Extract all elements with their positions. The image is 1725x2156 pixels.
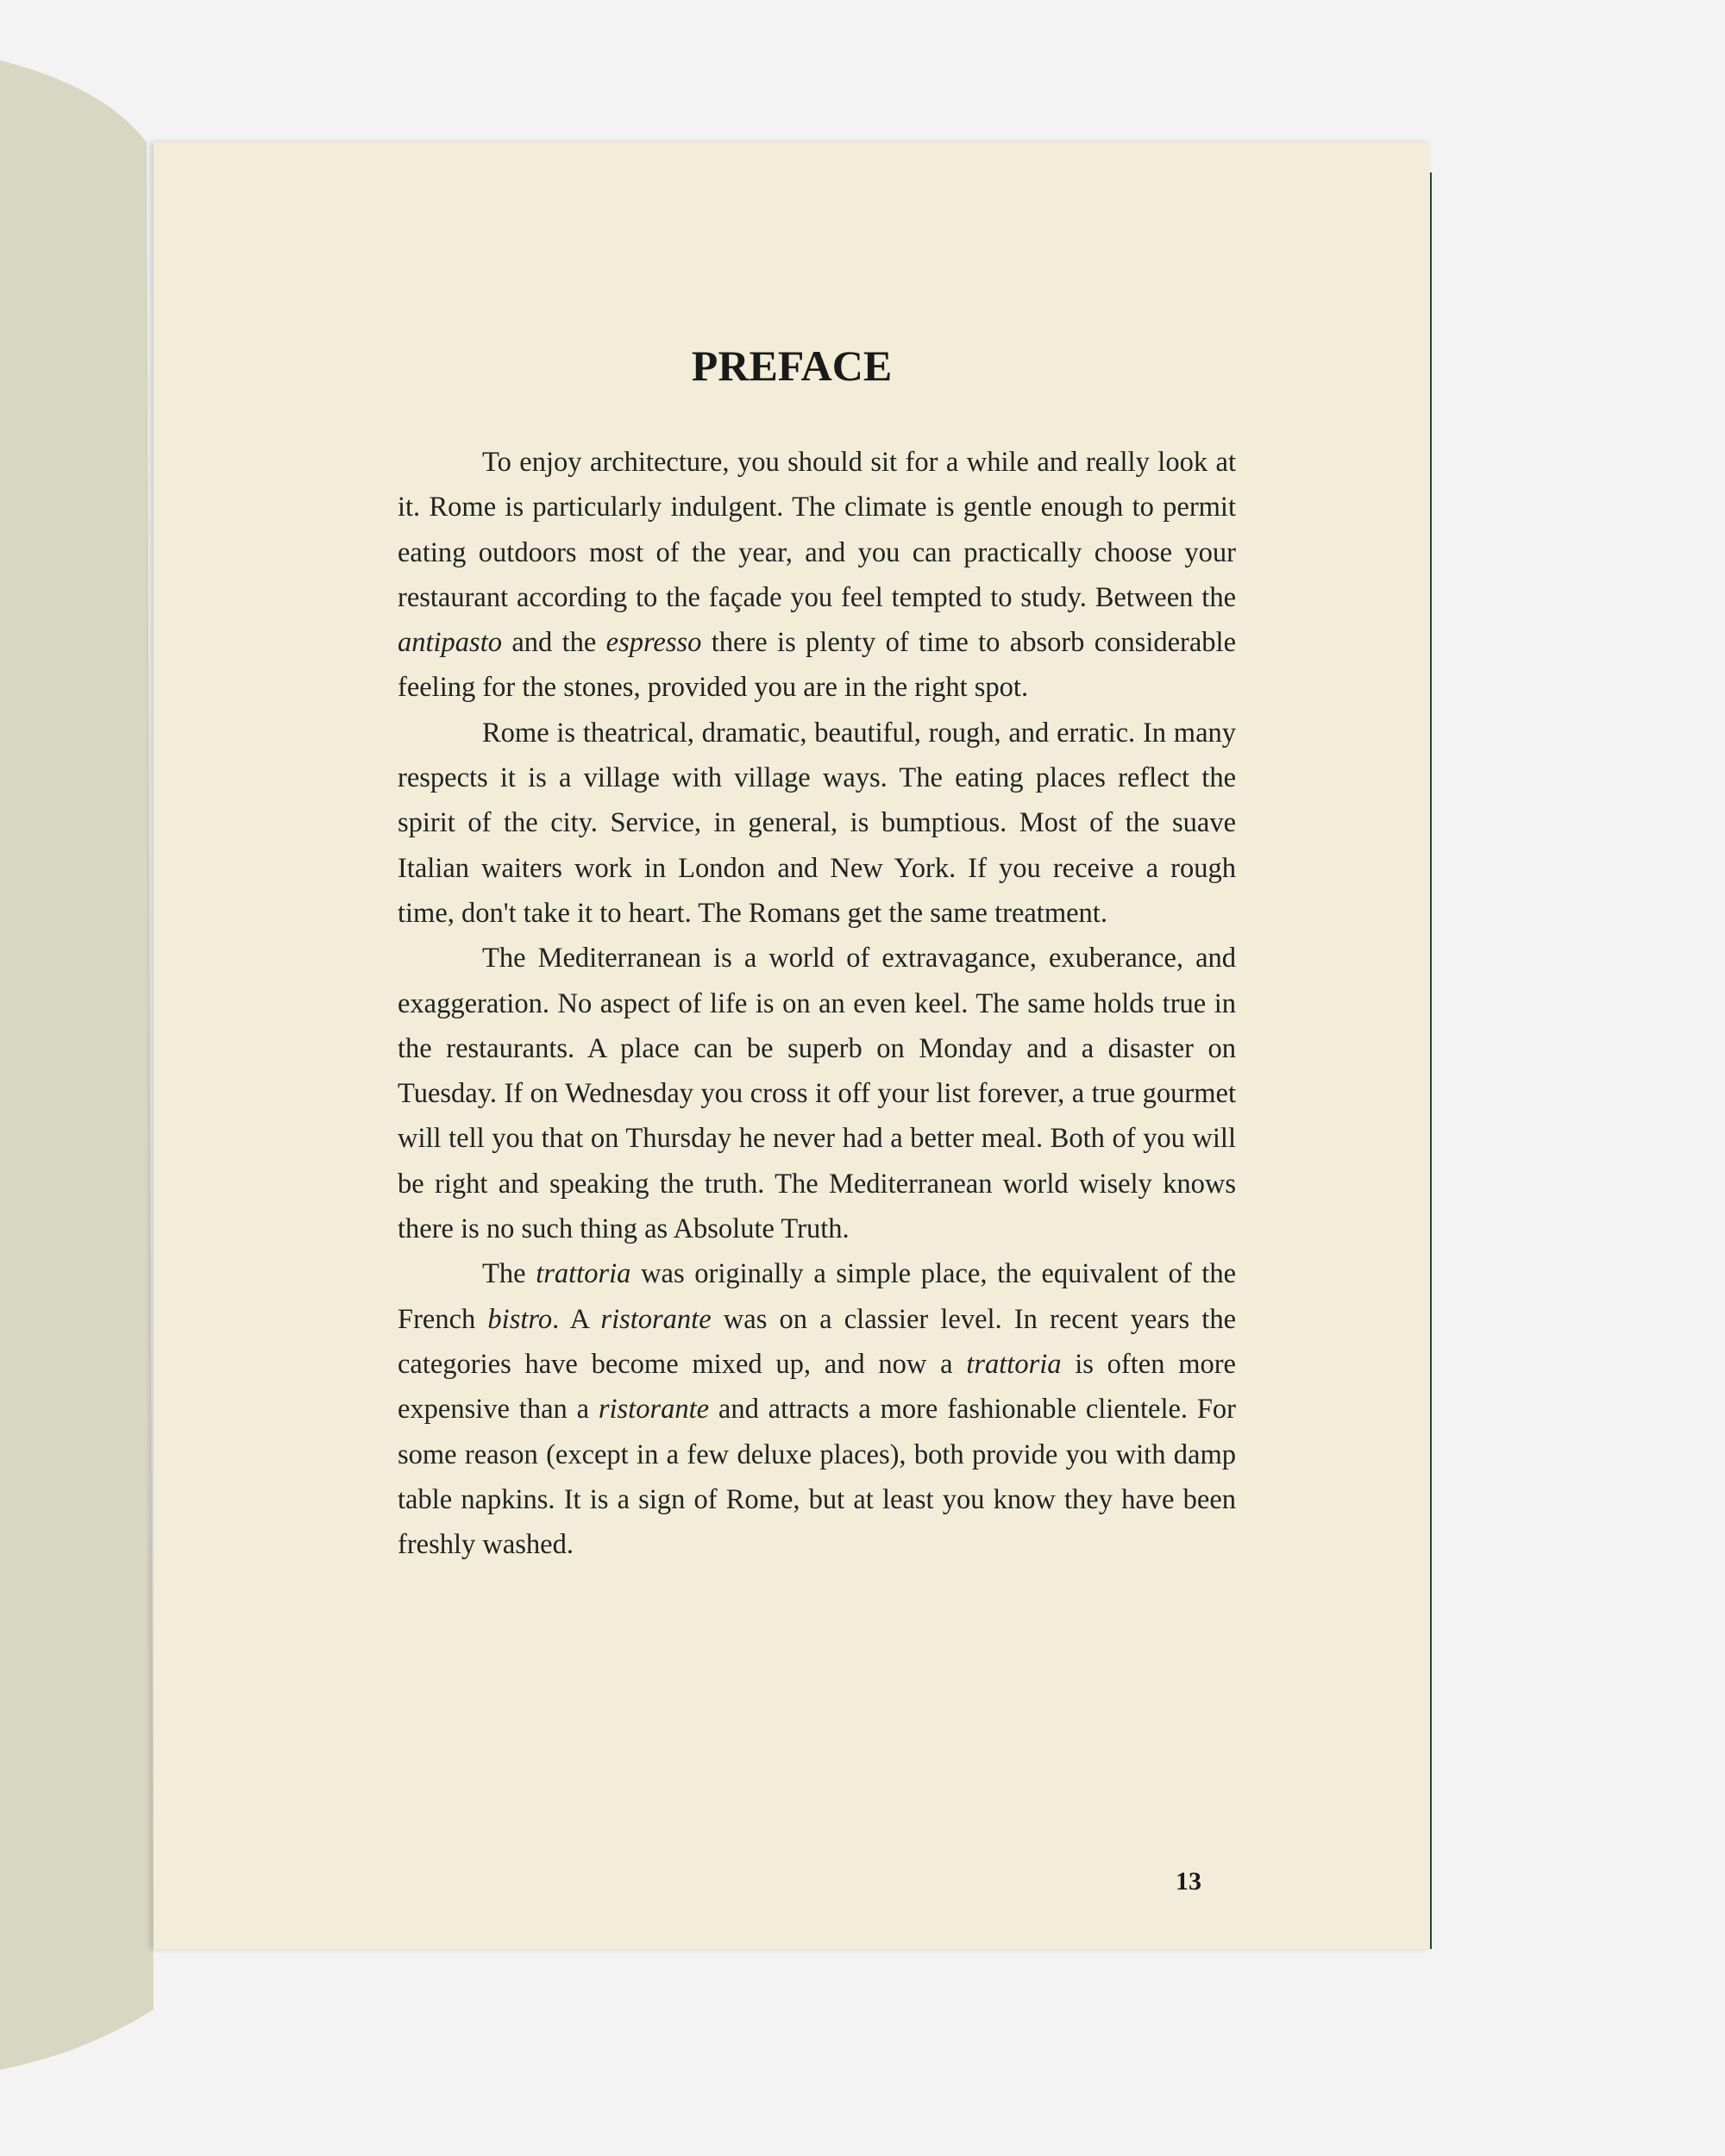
page-title: PREFACE xyxy=(154,341,1430,391)
paragraph: Rome is theatrical, dramatic, beautiful,… xyxy=(398,711,1236,936)
book-page: PREFACE To enjoy architecture, you shoul… xyxy=(154,142,1430,1949)
paragraph: The Mediterranean is a world of extravag… xyxy=(398,936,1236,1251)
page-number: 13 xyxy=(1176,1867,1201,1896)
page-body: To enjoy architecture, you should sit fo… xyxy=(398,440,1236,1567)
paragraph: The trattoria was originally a simple pl… xyxy=(398,1251,1236,1567)
paragraph: To enjoy architecture, you should sit fo… xyxy=(398,440,1236,711)
facing-page xyxy=(0,0,155,2156)
